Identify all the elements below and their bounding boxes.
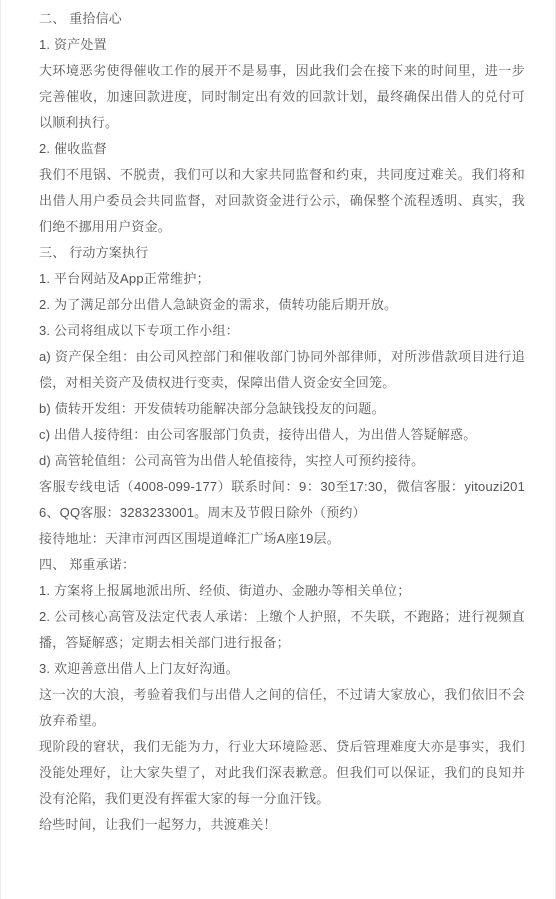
section-2-heading: 二、 重拾信心 (39, 6, 525, 32)
reception-address: 接待地址：天津市河西区围堤道峰汇广场A座19层。 (39, 526, 525, 552)
s3-group-a: a) 资产保全组：由公司风控部门和催收部门协同外部律师，对所涉借款项目进行追偿，… (39, 344, 525, 396)
s2-item-1-body: 大环境恶劣使得催收工作的展开不是易事，因此我们会在接下来的时间里，进一步完善催收… (39, 58, 525, 136)
s4-item-3: 3. 欢迎善意出借人上门友好沟通。 (39, 656, 525, 682)
s4-item-1: 1. 方案将上报属地派出所、经侦、街道办、金融办等相关单位； (39, 578, 525, 604)
s3-item-1: 1. 平台网站及App正常维护； (39, 266, 525, 292)
section-3-heading: 三、 行动方案执行 (39, 240, 525, 266)
s3-item-2: 2. 为了满足部分出借人急缺资金的需求，债转功能后期开放。 (39, 292, 525, 318)
closing-paragraph-3: 给些时间，让我们一起努力，共渡难关！ (39, 812, 525, 838)
s2-item-2-body: 我们不甩锅、不脱责，我们可以和大家共同监督和约束，共同度过难关。我们将和出借人用… (39, 162, 525, 240)
section-4-heading: 四、 郑重承诺： (39, 552, 525, 578)
announcement-document: 二、 重拾信心 1. 资产处置 大环境恶劣使得催收工作的展开不是易事，因此我们会… (0, 0, 556, 899)
s3-item-3: 3. 公司将组成以下专项工作小组： (39, 318, 525, 344)
s4-item-2: 2. 公司核心高管及法定代表人承诺：上缴个人护照，不失联，不跑路；进行视频直播，… (39, 604, 525, 656)
s3-group-b: b) 债转开发组：开发债转功能解决部分急缺钱投友的问题。 (39, 396, 525, 422)
closing-paragraph-2: 现阶段的窘状，我们无能为力，行业大环境险恶、贷后管理难度大亦是事实，我们没能处理… (39, 734, 525, 812)
s3-group-c: c) 出借人接待组：由公司客服部门负责，接待出借人，为出借人答疑解惑。 (39, 422, 525, 448)
s2-item-2-title: 2. 催收监督 (39, 136, 525, 162)
closing-paragraph-1: 这一次的大浪，考验着我们与出借人之间的信任，不过请大家放心，我们依旧不会放弃希望… (39, 682, 525, 734)
s2-item-1-title: 1. 资产处置 (39, 32, 525, 58)
s3-group-d: d) 高管轮值组：公司高管为出借人轮值接待，实控人可预约接待。 (39, 448, 525, 474)
customer-service-contact: 客服专线电话（4008-099-177）联系时间：9：30至17:30，微信客服… (39, 474, 525, 526)
